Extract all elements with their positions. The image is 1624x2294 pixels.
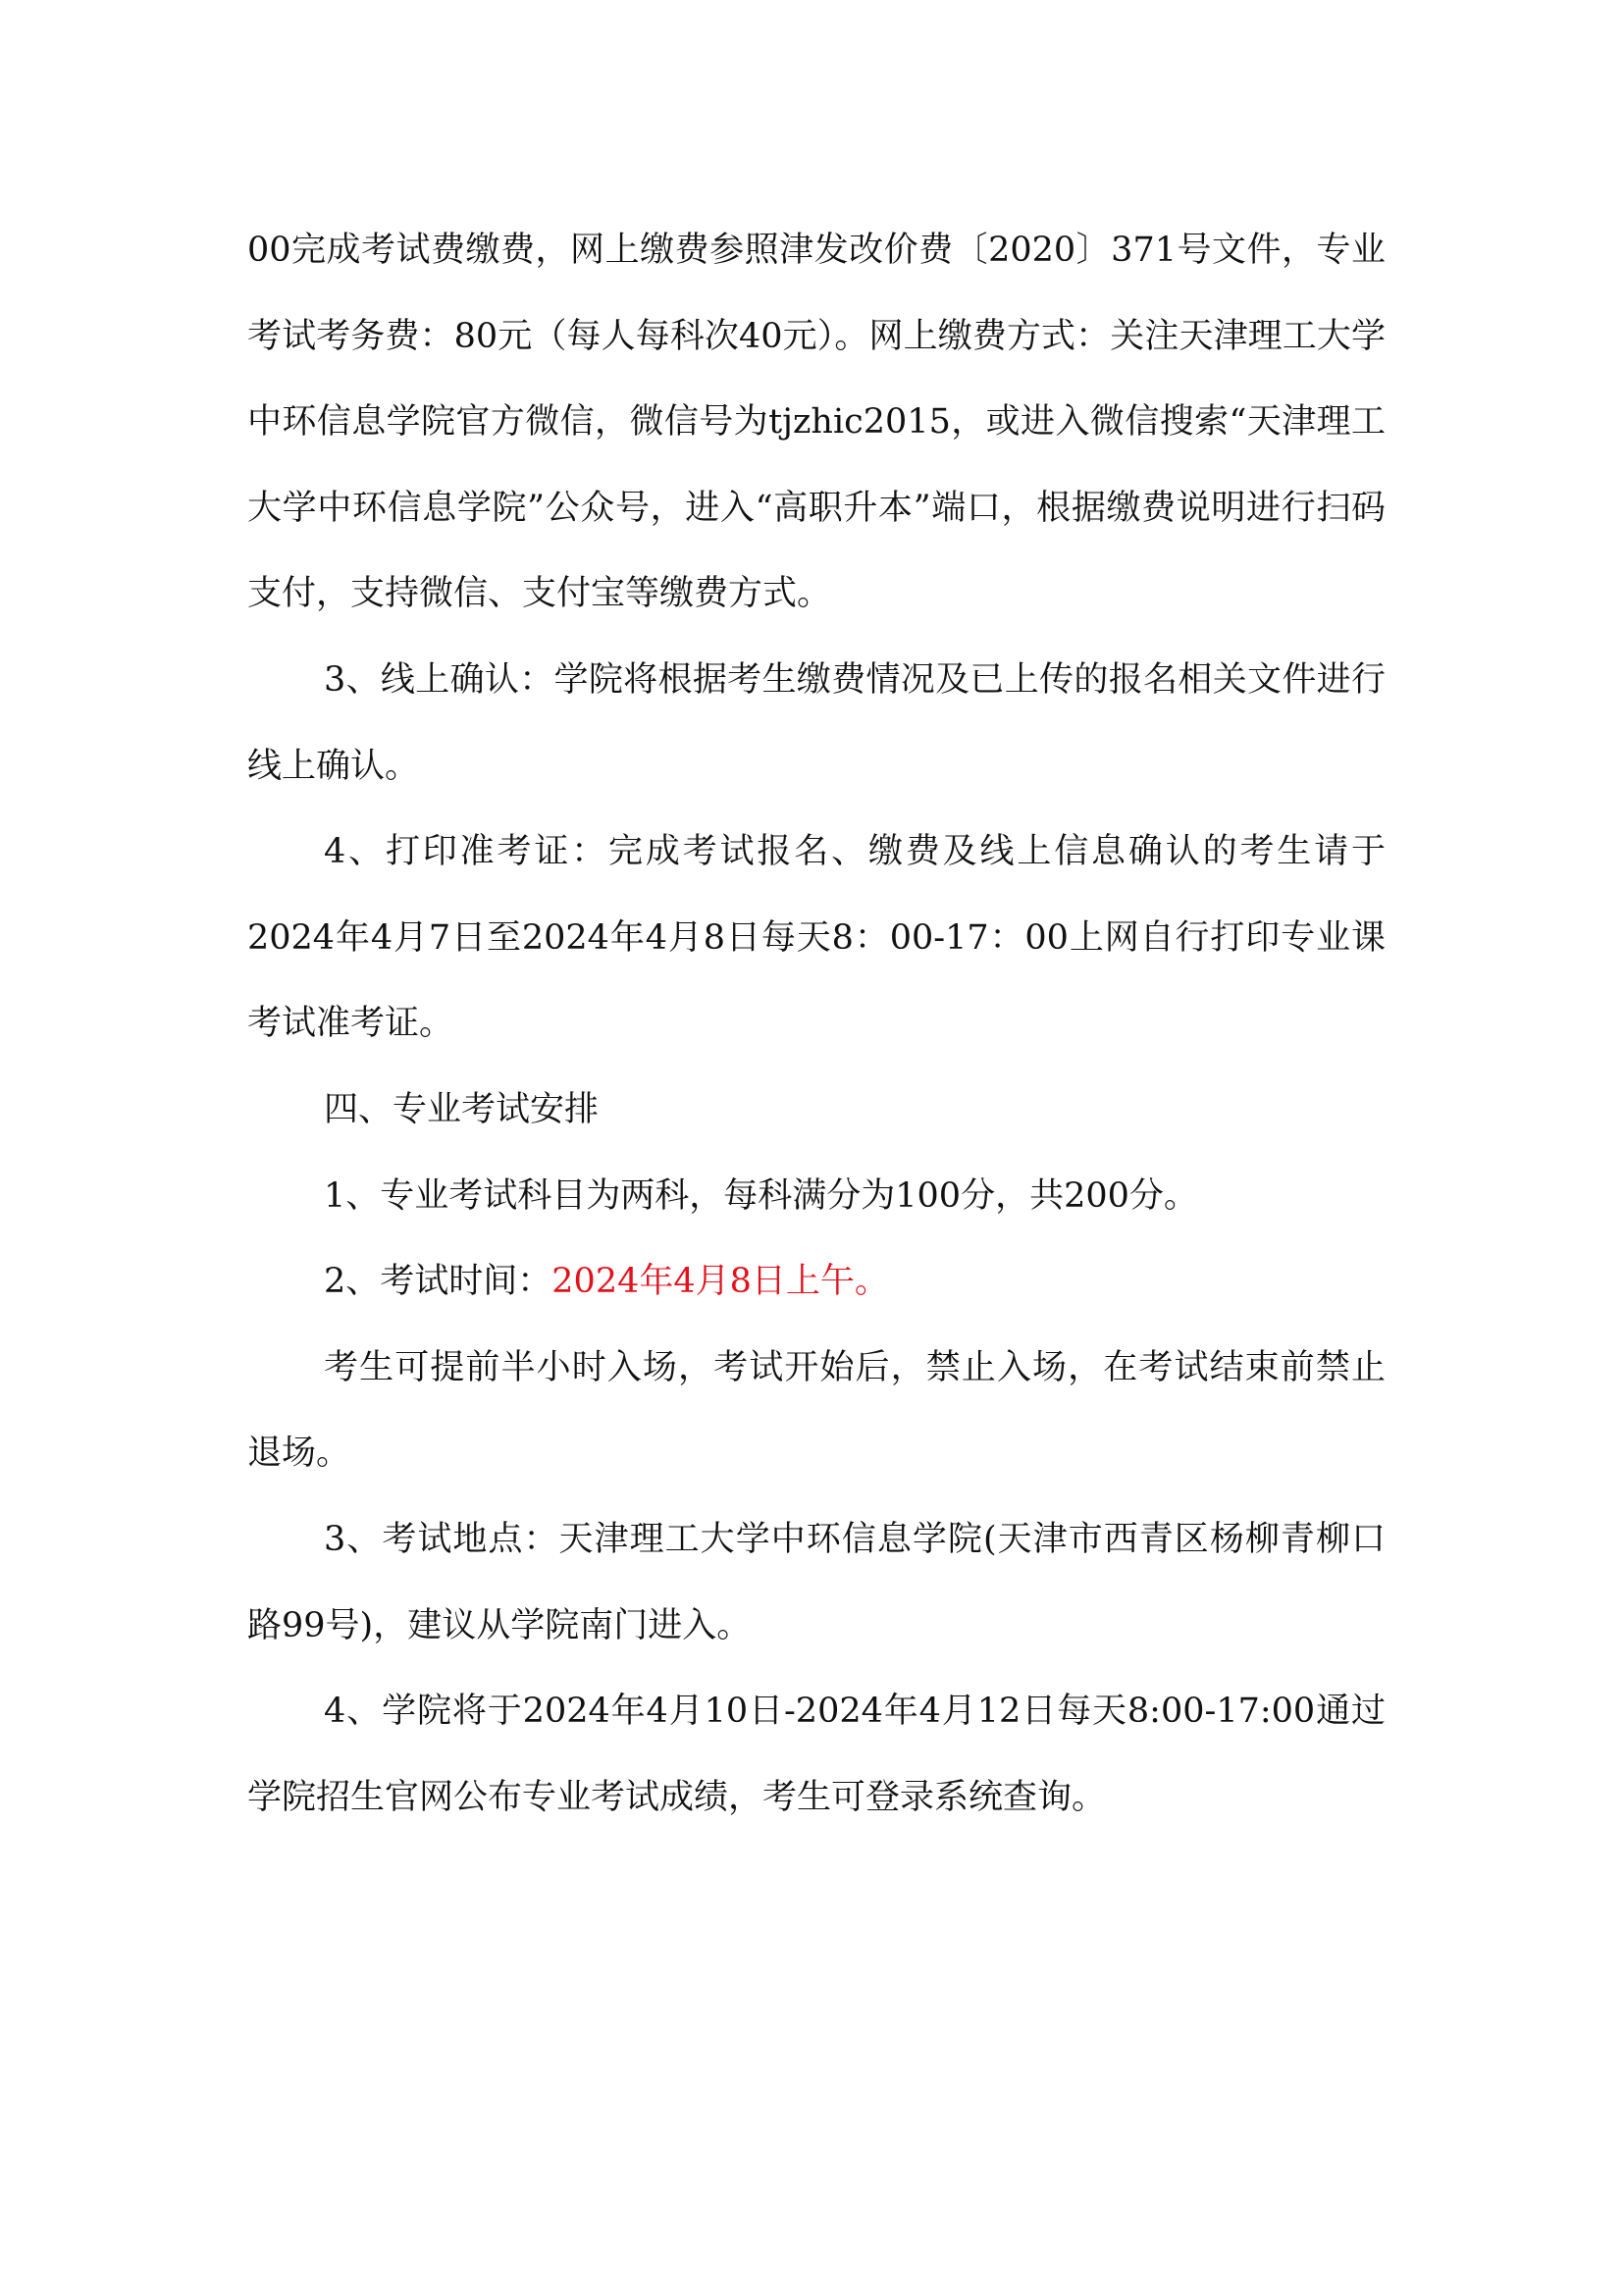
paragraph-exam-subjects: 1、专业考试科目为两科，每科满分为100分，共200分。 (247, 1154, 1386, 1240)
paragraph-entry-rules: 考生可提前半小时入场，考试开始后，禁止入场，在考试结束前禁止退场。 (247, 1326, 1386, 1497)
section-heading-exam-arrangement: 四、专业考试安排 (247, 1068, 1386, 1154)
paragraph-print-admission-ticket: 4、打印准考证：完成考试报名、缴费及线上信息确认的考生请于2024年4月7日至2… (247, 809, 1386, 1068)
paragraph-online-confirmation: 3、线上确认：学院将根据考生缴费情况及已上传的报名相关文件进行线上确认。 (247, 638, 1386, 809)
exam-time-label: 2、考试时间： (324, 1262, 551, 1301)
exam-time-value: 2024年4月8日上午。 (551, 1262, 889, 1301)
paragraph-exam-location: 3、考试地点：天津理工大学中环信息学院(天津市西青区杨柳青柳口路99号)，建议从… (247, 1497, 1386, 1669)
document-body: 00完成考试费缴费，网上缴费参照津发改价费〔2020〕371号文件，专业考试考务… (247, 208, 1386, 1841)
paragraph-exam-time: 2、考试时间：2024年4月8日上午。 (247, 1239, 1386, 1326)
paragraph-payment-details: 00完成考试费缴费，网上缴费参照津发改价费〔2020〕371号文件，专业考试考务… (247, 208, 1386, 638)
paragraph-score-release: 4、学院将于2024年4月10日-2024年4月12日每天8:00-17:00通… (247, 1669, 1386, 1841)
document-page: 00完成考试费缴费，网上缴费参照津发改价费〔2020〕371号文件，专业考试考务… (0, 0, 1624, 2294)
